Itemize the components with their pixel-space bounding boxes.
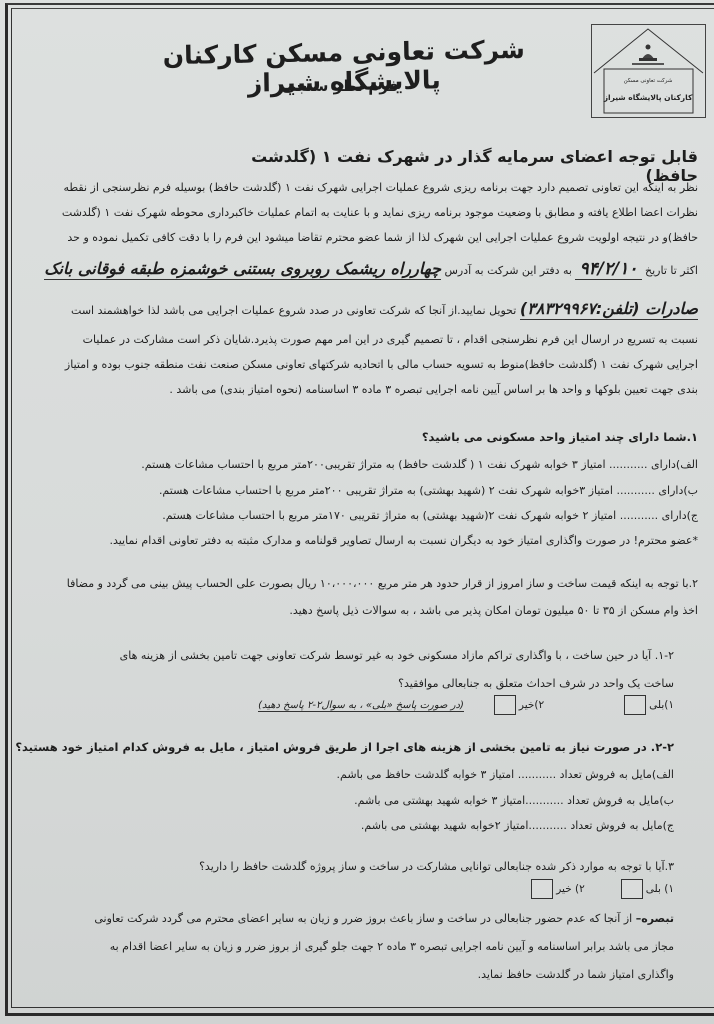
logo-line2: کارکنان پالایشگاه شیراز bbox=[602, 93, 694, 102]
q2-2-option-c[interactable]: ج)مایل به فروش تعداد ...........امتیاز ۲… bbox=[0, 819, 674, 833]
q1-option-a[interactable]: الف)دارای ........... امتیاز ۳ خوابه شهر… bbox=[8, 458, 698, 472]
q3-answers: ۱) بلی ۲) خیر bbox=[0, 878, 674, 900]
intro-heading: قابل توجه اعضای سرمایه گذار در شهرک نفت … bbox=[198, 147, 698, 185]
q2-1-yes-checkbox[interactable] bbox=[624, 695, 646, 715]
intro-line-3: حافظ)و در نتیجه اولویت شروع عملیات اجرای… bbox=[8, 231, 698, 245]
q2-1-line-2: ساخت یک واحد در شرف احداث متعلق به جنابع… bbox=[0, 677, 674, 691]
q2-1-yes-label: ۱)بلی bbox=[649, 699, 674, 711]
q2-2-option-a[interactable]: الف)مایل به فروش تعداد ........... امتیا… bbox=[0, 768, 674, 782]
after-address-text: تحویل نمایید.از آنجا که شرکت تعاونی در ص… bbox=[71, 304, 516, 317]
footnote-line-3: واگذاری امتیاز شما در گلدشت حافظ نماید. bbox=[0, 968, 674, 982]
q2-1-answers: ۱)بلی ۲)خیر (در صورت پاسخ «بلی» ، به سوا… bbox=[0, 694, 674, 717]
q3-yes-label: ۱) بلی bbox=[646, 883, 674, 895]
q1-title: ۱.شما دارای چند امتیاز واحد مسکونی می با… bbox=[8, 430, 698, 444]
q2-1-no-label: ۲)خیر bbox=[519, 699, 544, 711]
logo-line1: شرکت تعاونی مسکن bbox=[602, 78, 694, 84]
footnote-line-2: مجاز می باشد برابر اساسنامه و آیین نامه … bbox=[0, 940, 674, 954]
footnote-label: تبصره– bbox=[636, 912, 674, 925]
q2-1-line-1: ۱-۲. آیا در حین ساخت ، با واگذاری تراکم … bbox=[0, 649, 674, 663]
q3-title: ۳.آیا با توجه به موارد ذکر شده جنابعالی … bbox=[0, 860, 674, 874]
q3-yes-checkbox[interactable] bbox=[621, 879, 643, 899]
q1-option-c[interactable]: ج)دارای ........... امتیاز ۲ خوابه شهرک … bbox=[8, 509, 698, 523]
document-page: شرکت تعاونی مسکن کارکنان پالایشگاه شیراز… bbox=[0, 0, 714, 1024]
deadline-date: ۹۴/۲/۱۰ bbox=[575, 259, 641, 280]
intro-line-5: اجرایی شهرک نفت ۱ (گلدشت حافظ)منوط به تس… bbox=[8, 358, 698, 372]
q2-2-title: ۲-۲. در صورت نیاز به تامین بخشی از هزینه… bbox=[0, 740, 674, 754]
intro-line-6: بندی جهت تعیین بلوکها و واحد ها بر اساس … bbox=[8, 383, 698, 397]
house-logo-icon bbox=[592, 25, 705, 117]
footnote-text-1: از آنجا که عدم حضور جنابعالی در ساخت و س… bbox=[94, 912, 635, 925]
q2-title-line-1: ۲.با توجه به اینکه قیمت ساخت و ساز امروز… bbox=[8, 577, 698, 591]
footnote-line-1: تبصره– از آنجا که عدم حضور جنابعالی در س… bbox=[0, 912, 674, 926]
address-cont-line: صادرات (تلفن:۳۸۳۲۹۹۶۷) تحویل نمایید.از آ… bbox=[8, 298, 698, 322]
q2-1-hint: (در صورت پاسخ «بلی» ، به سوال۲-۲ پاسخ ده… bbox=[258, 700, 464, 712]
office-phone: صادرات (تلفن:۳۸۳۲۹۹۶۷) bbox=[520, 299, 698, 320]
intro-line-4: نسبت به تسریع در ارسال این فرم نظرسنجی ا… bbox=[8, 333, 698, 347]
form-title: فرم نظر سنجی bbox=[250, 77, 430, 95]
q2-2-option-b[interactable]: ب)مایل به فروش تعداد ...........امتیاز ۳… bbox=[0, 794, 674, 808]
deadline-mid: به دفتر این شرکت به آدرس bbox=[444, 264, 571, 277]
q2-title-line-2: اخذ وام مسکن از ۳۵ تا ۵۰ میلیون تومان ام… bbox=[8, 604, 698, 618]
deadline-prefix: اکثر تا تاریخ bbox=[645, 264, 698, 277]
q3-no-checkbox[interactable] bbox=[531, 879, 553, 899]
office-address: چهارراه ریشمک روبروی بستنی خوشمزه طبقه ف… bbox=[44, 259, 441, 280]
q3-no-label: ۲) خیر bbox=[556, 883, 585, 895]
q1-option-b[interactable]: ب)دارای ........... امتیاز ۳خوابه شهرک ن… bbox=[8, 484, 698, 498]
intro-line-1: نظر به اینکه این تعاونی تصمیم دارد جهت ب… bbox=[8, 181, 698, 195]
deadline-line: اکثر تا تاریخ ۹۴/۲/۱۰ به دفتر این شرکت ب… bbox=[8, 258, 698, 282]
q2-1-no-checkbox[interactable] bbox=[494, 695, 516, 715]
intro-line-2: نظرات اعضا اطلاع یافته و مطابق با وضعیت … bbox=[8, 206, 698, 220]
q1-note: *عضو محترم! در صورت واگذاری امتیاز خود ب… bbox=[8, 534, 698, 548]
cooperative-logo: شرکت تعاونی مسکن کارکنان پالایشگاه شیراز bbox=[591, 24, 706, 118]
